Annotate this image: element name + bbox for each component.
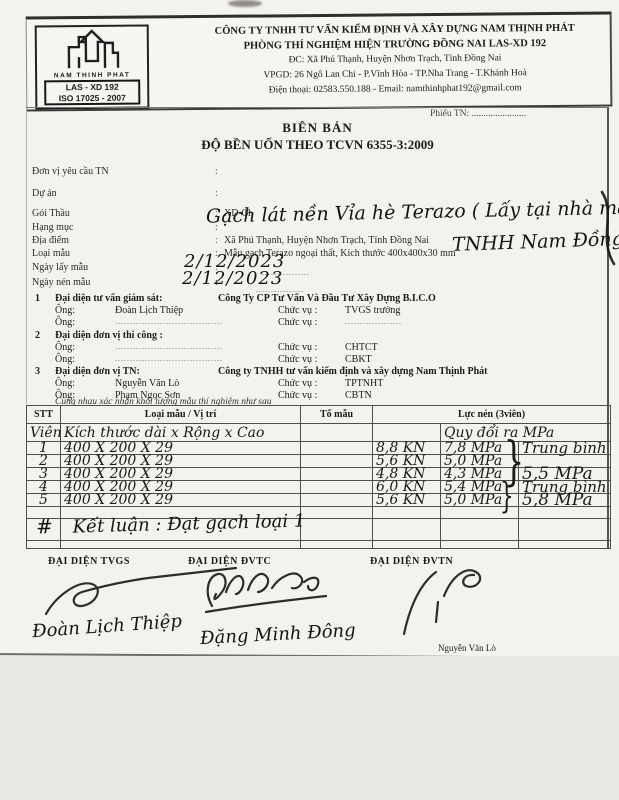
empty-cell [61, 541, 301, 549]
hw-dimension-note: Kích thước dài x Rộng x Cao [61, 424, 301, 442]
member-name: Đoàn Lịch Thiệp [115, 305, 183, 316]
field-value: Xã Phú Thạnh, Huyện Nhơn Trạch, Tỉnh Đồn… [224, 235, 429, 246]
report-subtitle: ĐỘ BỀN UỐN THEO TCVN 6355-3:2009 [26, 137, 609, 153]
group-number: 2 [35, 330, 40, 341]
group-role: Đại diện tư vấn giám sát: [55, 293, 162, 304]
member-position: CBTN [345, 390, 372, 401]
colon: : [215, 235, 218, 246]
col-header-stt: STT [27, 406, 61, 424]
empty-cell [373, 424, 441, 442]
empty-cell [373, 519, 441, 541]
field-label: Loại mẫu [32, 248, 70, 259]
mr-label: Ông: [55, 354, 75, 365]
report-title: BIÊN BẢN [26, 120, 609, 136]
col-header-to-mau: Tổ mẫu [301, 406, 373, 424]
member-position: ................... [345, 317, 402, 326]
company-logo: NAM THINH PHAT LAS - XD 192 ISO 17025 - … [35, 24, 150, 109]
field-label: Đơn vị yêu cầu TN [32, 166, 109, 177]
phieu-tn-field: Phiếu TN: ....................... [430, 109, 526, 119]
member-position: TPTNHT [345, 378, 383, 389]
signature-dvtc-underline [206, 596, 326, 612]
empty-cell [301, 468, 373, 481]
group-role: Đại diện đơn vị thi công : [55, 330, 163, 341]
header-divider [26, 107, 609, 108]
mr-label: Ông: [55, 317, 75, 328]
mr-label: Ông: [55, 378, 75, 389]
empty-cell [301, 481, 373, 494]
participant-row: Ông: ...................................… [30, 342, 608, 354]
empty-cell [301, 519, 373, 541]
group-number: 3 [35, 366, 40, 377]
logo-cert-box: LAS - XD 192 ISO 17025 - 2007 [44, 80, 140, 106]
row-kn: 5,6 KN [373, 494, 441, 507]
participant-group-3-header: 3 Đại diện đơn vị TN: Công ty TNHH tư vấ… [30, 366, 608, 378]
report-header: NAM THINH PHAT LAS - XD 192 ISO 17025 - … [26, 11, 613, 111]
group-number: 1 [35, 293, 40, 304]
row-stt: 5 [27, 494, 61, 507]
signature-title-dvtn: ĐẠI DIỆN ĐVTN [370, 556, 453, 567]
signature-title-tvgs: ĐẠI DIỆN TVGS [48, 556, 130, 567]
empty-cell [301, 507, 373, 519]
row-note: Trung bình [519, 442, 611, 455]
participant-row: Ông: ...................................… [30, 354, 608, 366]
position-label: Chức vụ : [278, 305, 317, 316]
position-label: Chức vụ : [278, 378, 317, 389]
signature-tvgs [46, 568, 236, 614]
conclusion-mark: # [36, 514, 53, 538]
handwritten-brace-rows-4-5: } [500, 478, 514, 514]
empty-cell [441, 519, 519, 541]
form-row-ngay-lay-mau: Ngày lấy mẫu : [32, 262, 607, 275]
field-label: Dự án [32, 188, 57, 199]
position-label: Chức vụ : [278, 317, 317, 328]
empty-cell [519, 541, 611, 549]
logo-iso-line: ISO 17025 - 2007 [46, 92, 138, 103]
empty-cell [373, 541, 441, 549]
empty-cell [301, 541, 373, 549]
participant-row: Ông: Đoàn Lịch Thiệp Chức vụ : TVGS trưở… [30, 305, 608, 317]
member-name: .................................... [115, 354, 223, 363]
scanned-test-report-page: NAM THINH PHAT LAS - XD 192 ISO 17025 - … [0, 0, 619, 800]
group-role: Đại diện đơn vị TN: [55, 366, 140, 377]
handwritten-name-tvgs: Đoàn Lịch Thiệp [31, 611, 182, 642]
position-label: Chức vụ : [278, 342, 317, 353]
signature-dvtn [404, 570, 480, 634]
field-label: Hạng mục [32, 222, 73, 233]
participant-group-1-header: 1 Đại diện tư vấn giám sát: Công Ty CP T… [30, 293, 608, 305]
empty-cell [519, 519, 611, 541]
empty-cell [301, 442, 373, 455]
member-position: CHTCT [345, 342, 378, 353]
position-label: Chức vụ : [278, 390, 317, 401]
table-header-row: STT Loại mẫu / Vị trí Tổ mẫu Lực nén (3v… [27, 406, 611, 424]
dotted-leader: ................ [262, 268, 310, 277]
field-label: Ngày lấy mẫu [32, 262, 88, 273]
group-org: Công Ty CP Tư Vấn Và Đầu Tư Xây Dựng B.I… [218, 293, 436, 304]
field-label: Ngày nén mẫu [32, 277, 90, 288]
empty-cell [301, 494, 373, 507]
building-arrow-icon [55, 27, 129, 70]
col-header-luc-nen: Lực nén (3viên) [373, 406, 611, 424]
printed-name-dvtn: Nguyễn Văn Lò [438, 643, 496, 653]
empty-cell [441, 541, 519, 549]
tail-row [27, 541, 611, 549]
form-row-don-vi: Đơn vị yêu cầu TN : [32, 166, 607, 179]
table-row: 5 400 X 200 X 29 5,6 KN 5,0 MPa 5,8 MPa [27, 494, 611, 507]
mr-label: Ông: [55, 305, 75, 316]
col-header-loai-mau: Loại mẫu / Vị trí [61, 406, 301, 424]
group-org: Công ty TNHH tư vấn kiểm định và xây dựn… [218, 366, 487, 377]
participant-row: Ông: Nguyễn Văn Lò Chức vụ : TPTNHT [30, 378, 608, 390]
field-label: Gói Thầu [32, 208, 70, 219]
member-name: .................................... [115, 342, 223, 351]
field-label: Địa điểm [32, 235, 69, 246]
empty-cell [301, 455, 373, 468]
member-position: CBKT [345, 354, 372, 365]
signature-title-dvtc: ĐẠI DIỆN ĐVTC [188, 556, 271, 567]
handwritten-name-dvtc: Đặng Minh Đông [200, 620, 357, 649]
hw-vien: Viên [27, 424, 61, 442]
company-contact: Điện thoại: 02583.550.188 - Email: namth… [165, 80, 619, 99]
empty-cell [301, 424, 373, 442]
form-row-ngay-nen-mau: Ngày nén mẫu : [32, 277, 607, 290]
position-label: Chức vụ : [278, 354, 317, 365]
colon: : [215, 166, 218, 177]
company-header-text: CÔNG TY TNHH TƯ VẤN KIỂM ĐỊNH VÀ XÂY DỰN… [165, 20, 619, 99]
colon: : [215, 188, 218, 199]
logo-las-line: LAS - XD 192 [46, 82, 138, 93]
member-position: TVGS trưởng [345, 305, 400, 316]
row-dims: 400 X 200 X 29 [61, 494, 301, 507]
scanner-background [0, 656, 619, 800]
empty-cell [27, 541, 61, 549]
member-name: .................................... [115, 317, 223, 326]
scan-artifact [228, 0, 262, 7]
empty-cell [373, 507, 441, 519]
signature-dvtc [208, 574, 319, 606]
participant-row: Ông: ...................................… [30, 317, 608, 329]
member-name: Nguyễn Văn Lò [115, 378, 179, 389]
mr-label: Ông: [55, 342, 75, 353]
logo-brand-text: NAM THINH PHAT [37, 72, 147, 80]
participant-group-2-header: 2 Đại diện đơn vị thi công : [30, 330, 608, 342]
